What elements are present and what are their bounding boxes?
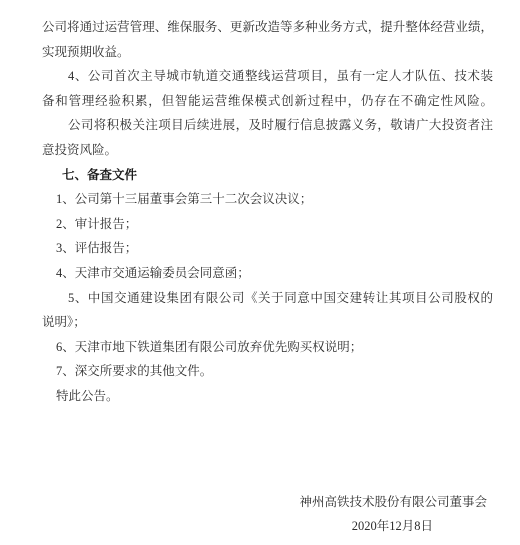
checklist-item-7: 7、深交所要求的其他文件。 [42,359,493,384]
checklist-item-4: 4、天津市交通运输委员会同意函； [42,261,493,286]
paragraph-continuation-line: 公司将通过运营管理、维保服务、更新改造等多种业务方式，提升整体经营业绩， [42,15,493,40]
checklist-item-2: 2、审计报告； [42,212,493,237]
closing-line: 特此公告。 [42,384,493,409]
signature-company: 神州高铁技术股份有限公司董事会 [42,490,493,515]
checklist-item-6: 6、天津市地下铁道集团有限公司放弃优先购买权说明； [42,335,493,360]
disclosure-paragraph-line: 公司将积极关注项目后续进展，及时履行信息披露义务，敬请广大投资者注 [42,113,493,138]
risk-paragraph-line: 4、公司首次主导城市轨道交通整线运营项目，虽有一定人才队伍、技术装 [42,64,493,89]
document-body: 公司将通过运营管理、维保服务、更新改造等多种业务方式，提升整体经营业绩， 实现预… [42,15,493,539]
disclosure-paragraph-line: 意投资风险。 [42,138,493,163]
checklist-item-5-continuation: 说明》； [42,310,493,335]
signature-date: 2020年12月8日 [42,514,493,539]
risk-paragraph-line: 备和管理经验积累，但智能运营维保模式创新过程中，仍存在不确定性风险。 [42,89,493,114]
signature-block: 神州高铁技术股份有限公司董事会 2020年12月8日 [42,490,493,539]
checklist-item-1: 1、公司第十三届董事会第三十二次会议决议； [42,187,493,212]
announcement-page: 公司将通过运营管理、维保服务、更新改造等多种业务方式，提升整体经营业绩， 实现预… [0,0,520,545]
paragraph-continuation-line: 实现预期收益。 [42,40,493,65]
section-heading: 七、备查文件 [42,163,493,188]
checklist-item-5: 5、中国交通建设集团有限公司《关于同意中国交建转让其项目公司股权的 [42,286,493,311]
checklist-item-3: 3、评估报告； [42,236,493,261]
